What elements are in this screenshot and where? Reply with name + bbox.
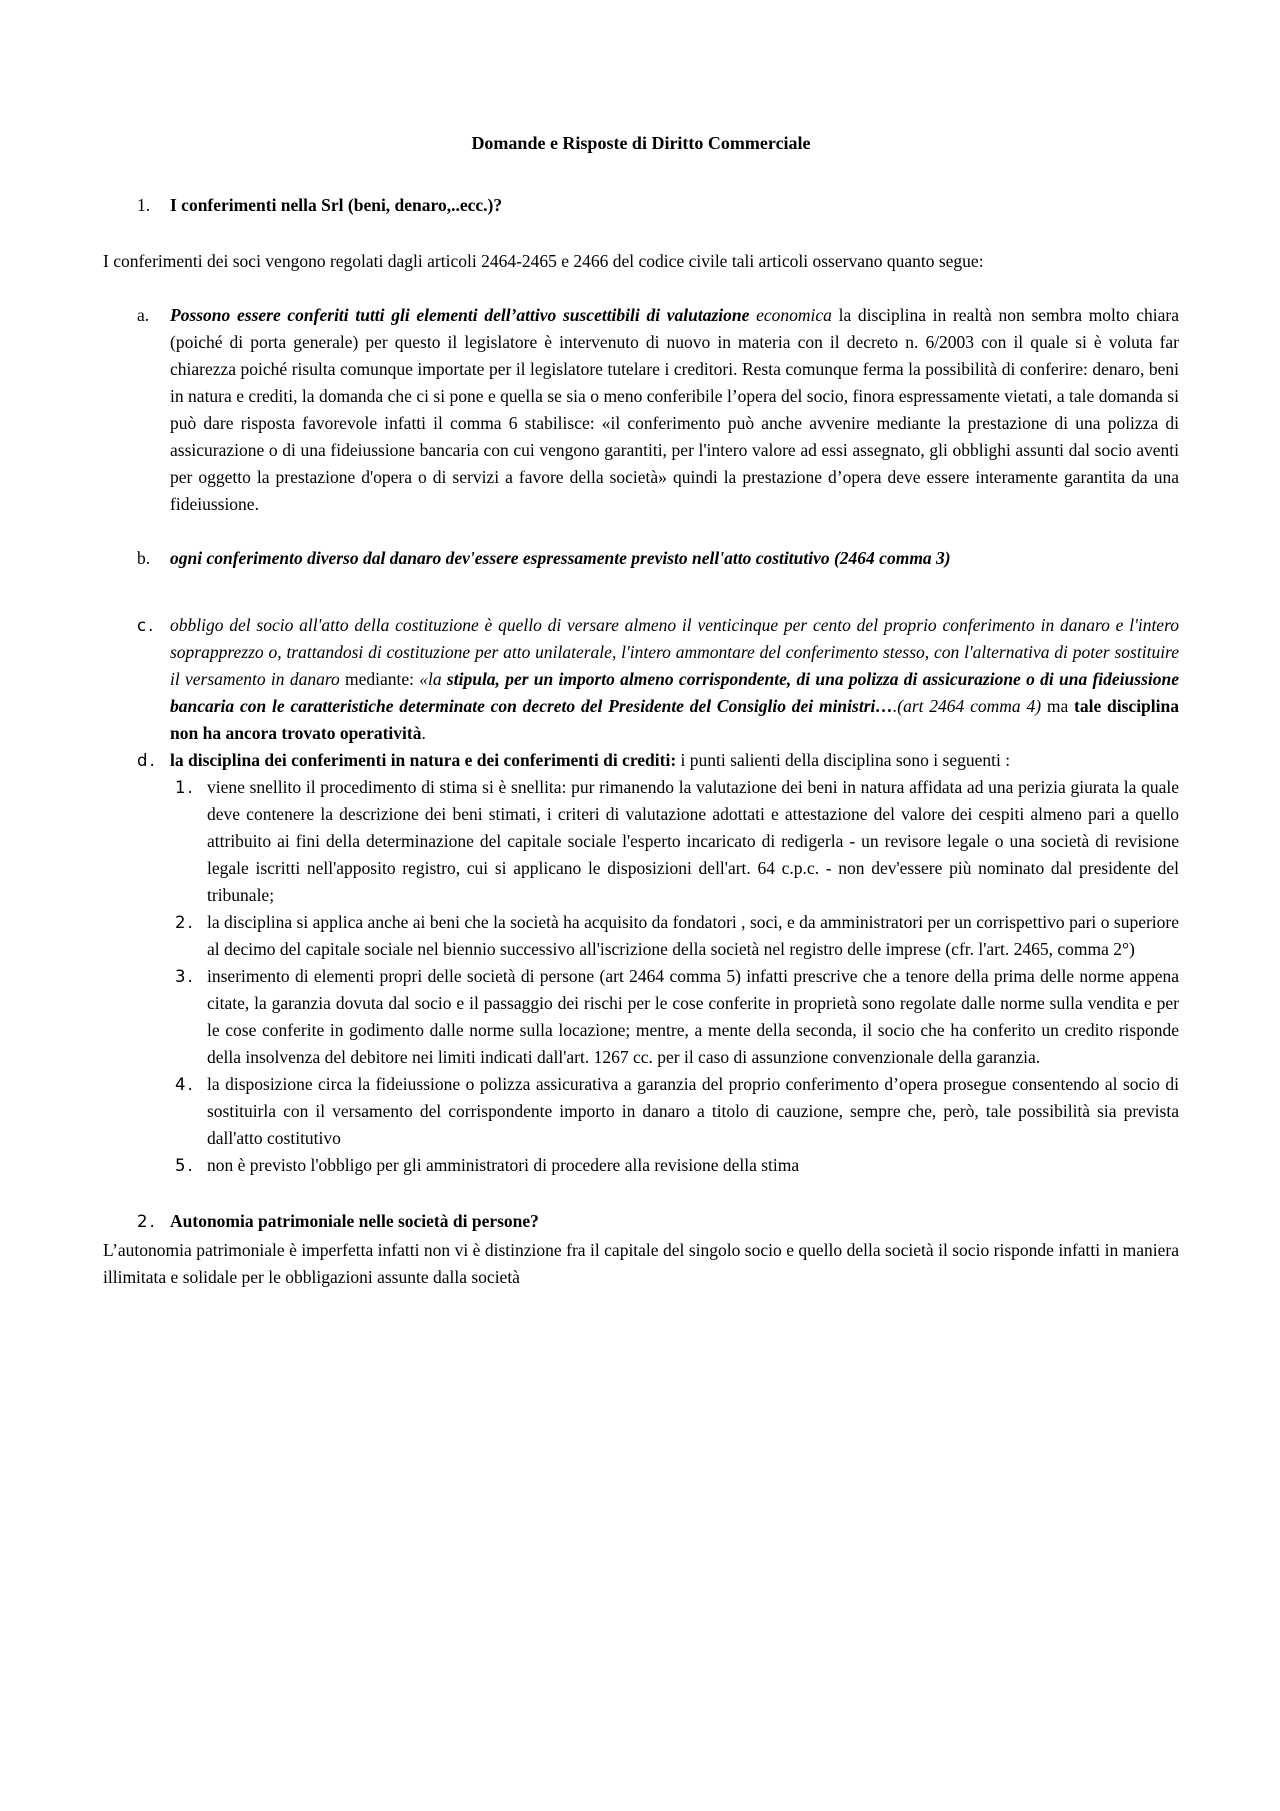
list-item-a-marker: a. (137, 302, 149, 329)
document-title: Domande e Risposte di Diritto Commercial… (103, 130, 1179, 157)
question-1-title: I conferimenti nella Srl (beni, denaro,.… (170, 195, 502, 215)
question-2-title: Autonomia patrimoniale nelle società di … (170, 1211, 539, 1231)
sublist-item-5: 5. non è previsto l'obbligo per gli ammi… (103, 1152, 1179, 1179)
list-item-d: d. la disciplina dei conferimenti in nat… (103, 747, 1179, 774)
list-item-c: c. obbligo del socio all'atto della cost… (103, 612, 1179, 747)
sublist-item-4-marker: 4. (175, 1071, 195, 1098)
question-1-intro-paragraph: I conferimenti dei soci vengono regolati… (103, 248, 1179, 275)
sublist-item-2-text: la disciplina si applica anche ai beni c… (207, 912, 1179, 959)
sublist-item-1-marker: 1. (175, 774, 195, 801)
list-item-d-text: la disciplina dei conferimenti in natura… (170, 750, 1010, 770)
list-item-a: a. Possono essere conferiti tutti gli el… (103, 302, 1179, 518)
sublist-item-3: 3. inserimento di elementi propri delle … (103, 963, 1179, 1071)
question-2-answer-paragraph: L’autonomia patrimoniale è imperfetta in… (103, 1237, 1179, 1291)
list-item-b-text: ogni conferimento diverso dal danaro dev… (170, 548, 951, 568)
list-item-c-marker: c. (137, 612, 155, 639)
question-2-heading: 2. Autonomia patrimoniale nelle società … (103, 1208, 1179, 1235)
list-item-d-marker: d. (137, 747, 157, 774)
list-item-b-marker: b. (137, 545, 150, 572)
sublist-item-1-text: viene snellito il procedimento di stima … (207, 777, 1179, 905)
sublist-item-4: 4. la disposizione circa la fideiussione… (103, 1071, 1179, 1152)
list-item-a-text: Possono essere conferiti tutti gli eleme… (170, 305, 1179, 514)
question-2-number: 2. (137, 1208, 157, 1235)
sublist-item-2: 2. la disciplina si applica anche ai ben… (103, 909, 1179, 963)
question-1-heading: 1. I conferimenti nella Srl (beni, denar… (103, 192, 1179, 219)
sublist-item-5-text: non è previsto l'obbligo per gli amminis… (207, 1155, 799, 1175)
list-item-b: b. ogni conferimento diverso dal danaro … (103, 545, 1179, 572)
sublist-item-1: 1. viene snellito il procedimento di sti… (103, 774, 1179, 909)
sublist-item-3-text: inserimento di elementi propri delle soc… (207, 966, 1179, 1067)
sublist-item-4-text: la disposizione circa la fideiussione o … (207, 1074, 1179, 1148)
sublist-item-3-marker: 3. (175, 963, 195, 990)
list-item-c-text: obbligo del socio all'atto della costitu… (170, 615, 1179, 743)
document-page: Domande e Risposte di Diritto Commercial… (0, 0, 1280, 1811)
question-1-number: 1. (137, 192, 150, 219)
sublist-item-5-marker: 5. (175, 1152, 195, 1179)
sublist-item-2-marker: 2. (175, 909, 195, 936)
